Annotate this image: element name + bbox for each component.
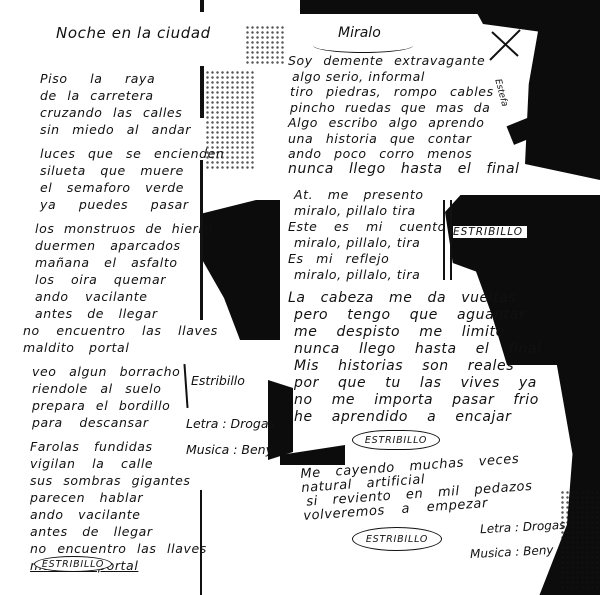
lyric-line: pincho ruedas que mas da (290, 100, 542, 116)
lyric-line: At. me presento (294, 187, 542, 203)
lyric-line: Es mi reflejo (288, 251, 542, 267)
lyric-line: Algo escribo algo aprendo (288, 115, 542, 131)
divider-line-top (200, 0, 204, 12)
right-chorus-marker-2: ESTRIBILLO (352, 527, 442, 551)
lyric-line: maldito portal (23, 339, 224, 356)
lyric-line: Soy demente extravagante (288, 53, 542, 69)
lyric-sheet: Noche en la ciudad Piso la raya de la ca… (0, 0, 600, 595)
lyric-line: Piso la raya (40, 70, 224, 87)
right-stanza-1: Soy demente extravagante algo serio, inf… (288, 53, 542, 177)
photocopy-speckle-1 (245, 25, 285, 65)
right-song-lyrics: Soy demente extravagante algo serio, inf… (288, 53, 542, 433)
lyric-line: ya puedes pasar (40, 196, 224, 213)
lyric-line: nunca llego hasta el final (288, 162, 542, 178)
right-chorus-marker-1: ESTRIBILLO (352, 430, 440, 450)
lyric-line: los monstruos de hierro (35, 220, 224, 237)
lyric-line: miralo, pillalo tira (294, 203, 542, 219)
lyric-line: mañana el asfalto (35, 254, 224, 271)
estribillo-double-bar-1 (443, 200, 445, 280)
lyric-line: por que tu las vives ya (294, 375, 542, 392)
left-credit-musica: Musica : Beny (186, 442, 273, 457)
photocopy-speckle-3 (560, 490, 600, 590)
lyric-line: vigilan la calle (30, 455, 224, 472)
lyric-line: me despisto me limito (294, 324, 542, 341)
lyric-line: no encuentro las llaves (30, 540, 224, 557)
lyric-line: nunca llego hasta el final (294, 341, 542, 358)
left-stanza-5: Farolas fundidas vigilan la calle sus so… (30, 438, 224, 574)
left-stanza-2: luces que se encienden silueta que muere… (40, 145, 224, 213)
lyric-line: pero tengo que aguantar (294, 307, 542, 324)
lyric-line: antes de llegar (35, 305, 224, 322)
lyric-line: cruzando las calles (40, 104, 224, 121)
right-stanza-3: La cabeza me da vueltas pero tengo que a… (288, 290, 542, 426)
lyric-line: prepara el bordillo (32, 397, 224, 414)
lyric-line: ando poco corro menos (288, 146, 542, 162)
estribillo-double-bar-2 (450, 200, 452, 280)
lyric-line: antes de llegar (30, 523, 224, 540)
left-credit-letra: Letra : Drogas (186, 416, 275, 431)
lyric-line: los oira quemar (35, 271, 224, 288)
lyric-line: ando vacilante (35, 288, 224, 305)
right-estribillo-side-marker: ESTRIBILLO (453, 226, 527, 238)
left-chorus-marker: ESTRIBILLO (34, 556, 112, 572)
lyric-line: no encuentro las llaves (23, 322, 224, 339)
lyric-line: no me importa pasar frio (294, 392, 542, 409)
left-song-title: Noche en la ciudad (56, 24, 211, 42)
lyric-line: luces que se encienden (40, 145, 224, 162)
title-underline-arc (313, 38, 413, 53)
right-credit-letra: Letra : Drogas (480, 518, 566, 536)
left-song-lyrics: Piso la raya de la carretera cruzando la… (40, 70, 224, 581)
lyric-line: duermen aparcados (35, 237, 224, 254)
left-stanza-1: Piso la raya de la carretera cruzando la… (40, 70, 224, 138)
lyric-line: tiro piedras, rompo cables (290, 84, 542, 100)
left-estribillo-label: Estribillo (191, 373, 245, 388)
lyric-line: Mis historias son reales (294, 358, 542, 375)
lyric-line: de la carretera (40, 87, 224, 104)
lyric-line: sus sombras gigantes (30, 472, 224, 489)
lyric-line: he aprendido a encajar (294, 409, 542, 426)
lyric-line: sin miedo al andar (40, 121, 224, 138)
lyric-line: una historia que contar (288, 131, 542, 147)
lyric-line: silueta que muere (40, 162, 224, 179)
lyric-line: parecen hablar (30, 489, 224, 506)
lyric-line: La cabeza me da vueltas (288, 290, 542, 307)
lyric-line: ando vacilante (30, 506, 224, 523)
lyric-line: miralo, pillalo, tira (294, 267, 542, 283)
lyric-line: algo serio, informal (292, 69, 542, 85)
left-stanza-3: los monstruos de hierro duermen aparcado… (35, 220, 224, 356)
lyric-line: el semaforo verde (40, 179, 224, 196)
right-credit-musica: Musica : Beny (470, 543, 554, 561)
